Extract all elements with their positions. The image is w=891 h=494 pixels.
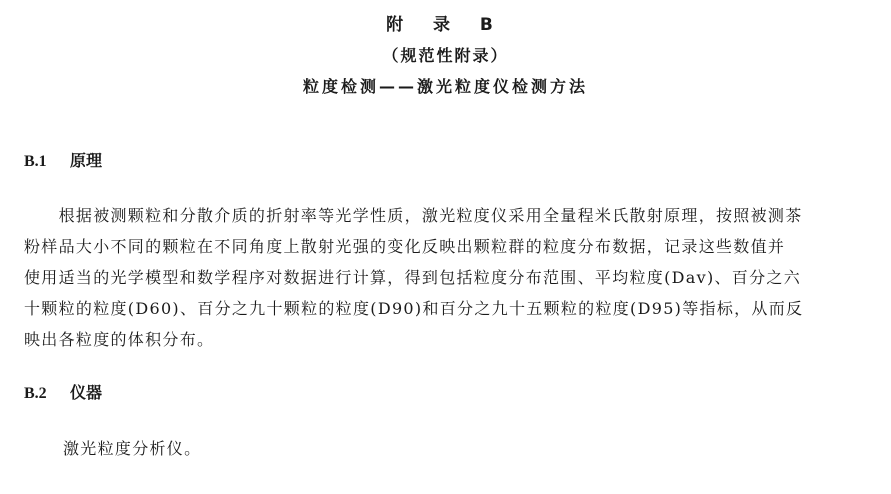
appendix-title: 附 录 B <box>0 10 891 35</box>
paragraph-line: 粉样品大小不同的颗粒在不同角度上散射光强的变化反映出颗粒群的粒度分布数据，记录这… <box>24 231 874 262</box>
section-heading-principle: B.1原理 <box>24 148 102 171</box>
document-subtitle: 粒度检测——激光粒度仪检测方法 <box>0 74 891 97</box>
section-number: B.2 <box>24 385 70 403</box>
appendix-type: （规范性附录） <box>0 43 891 66</box>
paragraph-line: 十颗粒的粒度(D60)、百分之九十颗粒的粒度(D90)和百分之九十五颗粒的粒度(… <box>24 293 874 324</box>
section-heading-instrument: B.2仪器 <box>24 380 102 403</box>
paragraph-line: 根据被测颗粒和分散介质的折射率等光学性质，激光粒度仪采用全量程米氏散射原理，按照… <box>24 200 874 231</box>
principle-paragraph: 根据被测颗粒和分散介质的折射率等光学性质，激光粒度仪采用全量程米氏散射原理，按照… <box>24 200 874 355</box>
section-title: 仪器 <box>70 383 102 402</box>
section-number: B.1 <box>24 153 70 171</box>
section-title: 原理 <box>70 151 102 170</box>
instrument-paragraph: 激光粒度分析仪。 <box>63 433 891 464</box>
paragraph-line: 使用适当的光学模型和数学程序对数据进行计算，得到包括粒度分布范围、平均粒度(Da… <box>24 262 874 293</box>
paragraph-line: 映出各粒度的体积分布。 <box>24 324 874 355</box>
